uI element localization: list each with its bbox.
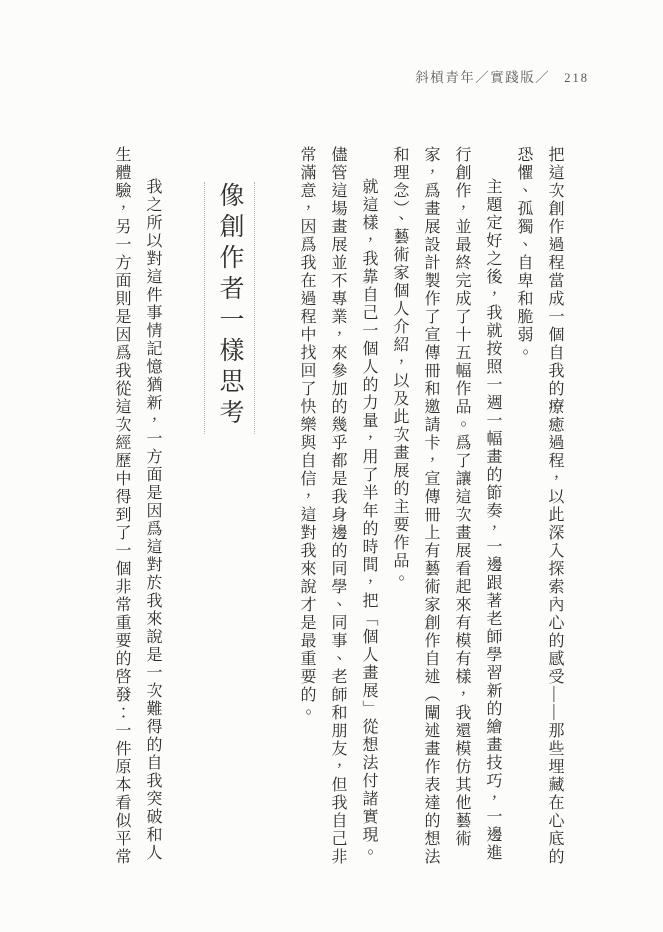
paragraph: 我之所以對這件事情記憶猶新，一方面是因爲這對於我來說是一次難得的自我突破和人生體… (106, 146, 168, 874)
book-page: 斜槓青年／實踐版／ 218 把這次創作過程當成一個自我的療癒過程，以此深入探索內… (0, 0, 663, 932)
paragraph: 主題定好之後，我就按照一週一幅畫的節奏，一邊跟著老師學習新的繪畫技巧，一邊進行創… (384, 146, 508, 874)
section-heading: 像創作者一樣思考 (204, 182, 255, 434)
paragraph: 就這樣，我靠自己一個人的力量，用了半年的時間，把「個人畫展」從想法付諸實現。儘管… (291, 146, 384, 874)
running-header: 斜槓青年／實踐版／ 218 (415, 66, 589, 86)
paragraph: 把這次創作過程當成一個自我的療癒過程，以此深入探索內心的感受——那些埋藏在心底的… (508, 146, 570, 874)
page-number: 218 (564, 71, 589, 86)
body-text: 把這次創作過程當成一個自我的療癒過程，以此深入探索內心的感受——那些埋藏在心底的… (106, 146, 570, 874)
running-title: 斜槓青年／實踐版／ (415, 66, 550, 86)
